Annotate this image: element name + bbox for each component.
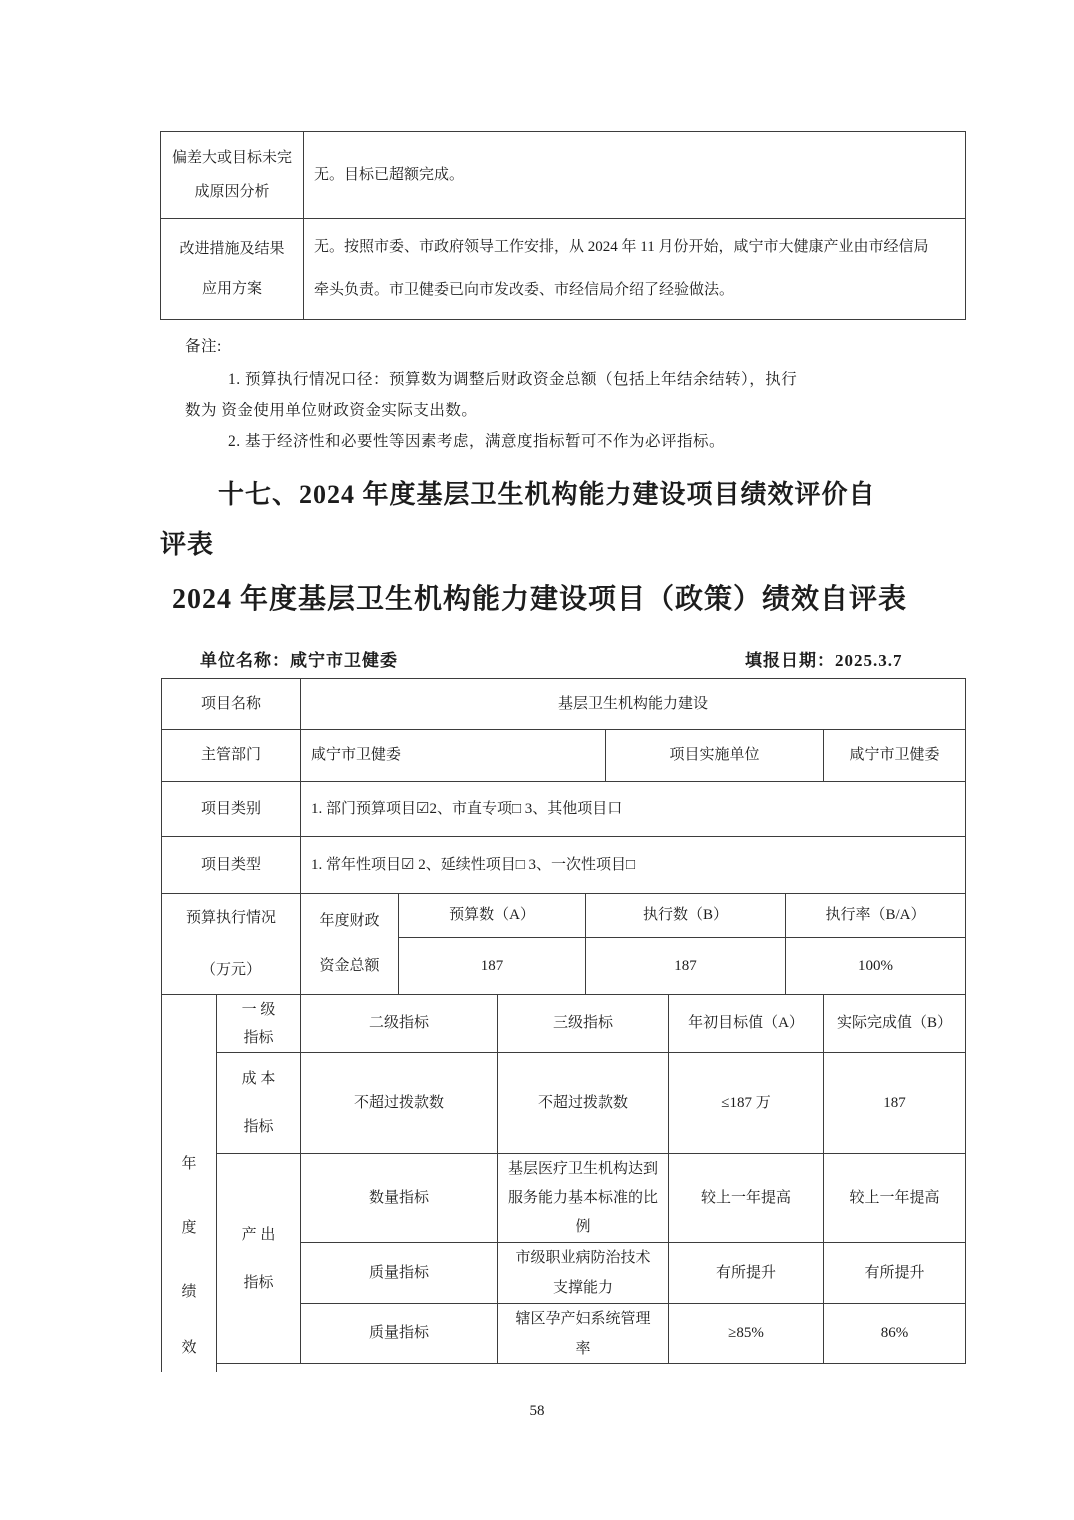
impl-unit-value: 咸宁市卫健委 (823, 729, 966, 782)
level2-indicator-header: 二级指标 (300, 994, 498, 1053)
note-1-line-1: 1. 预算执行情况口径：预算数为调整后财政资金总额（包括上年结余结转），执行 (228, 367, 797, 389)
quality-row1-level2: 质量指标 (300, 1242, 498, 1304)
annual-performance-side-column: 年 度 绩 效 (161, 994, 217, 1372)
quantity-row-level2: 数量指标 (300, 1153, 498, 1243)
cost-row-target: ≤187 万 (668, 1052, 824, 1154)
cost-indicator-group-label: 成 本 指标 (216, 1052, 301, 1154)
improvement-measures-label: 改进措施及结果 应用方案 (160, 218, 304, 320)
quantity-row-level3: 基层医疗卫生机构达到 服务能力基本标准的比 例 (497, 1153, 669, 1243)
notes-title: 备注: (185, 334, 222, 356)
side-char-3: 绩 (162, 1281, 216, 1304)
budget-b-value: 187 (585, 937, 786, 995)
cost-row-level3: 不超过拨款数 (497, 1052, 669, 1154)
note-1-line-2: 数为 资金使用单位财政资金实际支出数。 (185, 398, 477, 420)
page-number: 58 (0, 1403, 1074, 1420)
section-heading-line2: 评表 (160, 524, 214, 561)
project-type-label: 项目类型 (161, 836, 301, 894)
deviation-analysis-label: 偏差大或目标未完 成原因分析 (160, 131, 304, 219)
side-char-2: 度 (162, 1217, 216, 1240)
dept-label: 主管部门 (161, 729, 301, 782)
quality-row1-target: 有所提升 (668, 1242, 824, 1304)
project-type-value: 1. 常年性项目☑ 2、延续性项目□ 3、一次性项目□ (300, 836, 966, 894)
quality-row2-level2: 质量指标 (300, 1303, 498, 1364)
section-heading-line1: 十七、2024 年度基层卫生机构能力建设项目绩效评价自 (218, 474, 876, 511)
level3-indicator-header: 三级指标 (497, 994, 669, 1053)
budget-a-value: 187 (398, 937, 586, 995)
unit-name-value: 咸宁市卫健委 (290, 651, 398, 670)
project-name-label: 项目名称 (161, 678, 301, 730)
dept-value: 咸宁市卫健委 (300, 729, 606, 782)
project-name-value: 基层卫生机构能力建设 (300, 678, 966, 730)
quality-row2-level3: 辖区孕产妇系统管理 率 (497, 1303, 669, 1364)
budget-total-label: 年度财政 资金总额 (300, 893, 399, 995)
quality-row2-target: ≥85% (668, 1303, 824, 1364)
unit-name: 单位名称：咸宁市卫健委 (200, 646, 398, 671)
side-char-4: 效 (162, 1337, 216, 1360)
fill-date-label: 填报日期： (745, 651, 835, 670)
project-category-value: 1. 部门预算项目☑2、市直专项□ 3、其他项目口 (300, 781, 966, 837)
budget-execution-label: 预算执行情况 （万元） (161, 893, 301, 995)
quantity-row-actual: 较上一年提高 (823, 1153, 966, 1243)
budget-a-header: 预算数（A） (398, 893, 586, 938)
fill-date-value: 2025.3.7 (835, 651, 903, 670)
note-2: 2. 基于经济性和必要性等因素考虑，满意度指标暂可不作为必评指标。 (228, 429, 725, 451)
project-category-label: 项目类别 (161, 781, 301, 837)
cost-row-actual: 187 (823, 1052, 966, 1154)
improvement-measures-value: 无。按照市委、市政府领导工作安排，从 2024 年 11 月份开始，咸宁市大健康… (303, 218, 966, 320)
actual-value-header: 实际完成值（B） (823, 994, 966, 1053)
quantity-row-target: 较上一年提高 (668, 1153, 824, 1243)
side-char-1: 年 (162, 1153, 216, 1176)
impl-unit-label: 项目实施单位 (605, 729, 824, 782)
output-indicator-group-label: 产 出 指标 (216, 1153, 301, 1364)
budget-rate-header: 执行率（B/A） (785, 893, 966, 938)
quality-row1-level3: 市级职业病防治技术 支撑能力 (497, 1242, 669, 1304)
budget-b-header: 执行数（B） (585, 893, 786, 938)
budget-rate-value: 100% (785, 937, 966, 995)
quality-row2-actual: 86% (823, 1303, 966, 1364)
target-value-header: 年初目标值（A） (668, 994, 824, 1053)
fill-date: 填报日期：2025.3.7 (745, 646, 903, 671)
document-page: 偏差大或目标未完 成原因分析 无。目标已超额完成。 改进措施及结果 应用方案 无… (0, 0, 1074, 1520)
deviation-analysis-value: 无。目标已超额完成。 (303, 131, 966, 219)
quality-row1-actual: 有所提升 (823, 1242, 966, 1304)
level1-indicator-header: 一 级 指标 (216, 994, 301, 1053)
unit-name-label: 单位名称： (200, 651, 290, 670)
form-title: 2024 年度基层卫生机构能力建设项目（政策）绩效自评表 (172, 577, 907, 617)
cost-row-level2: 不超过拨款数 (300, 1052, 498, 1154)
